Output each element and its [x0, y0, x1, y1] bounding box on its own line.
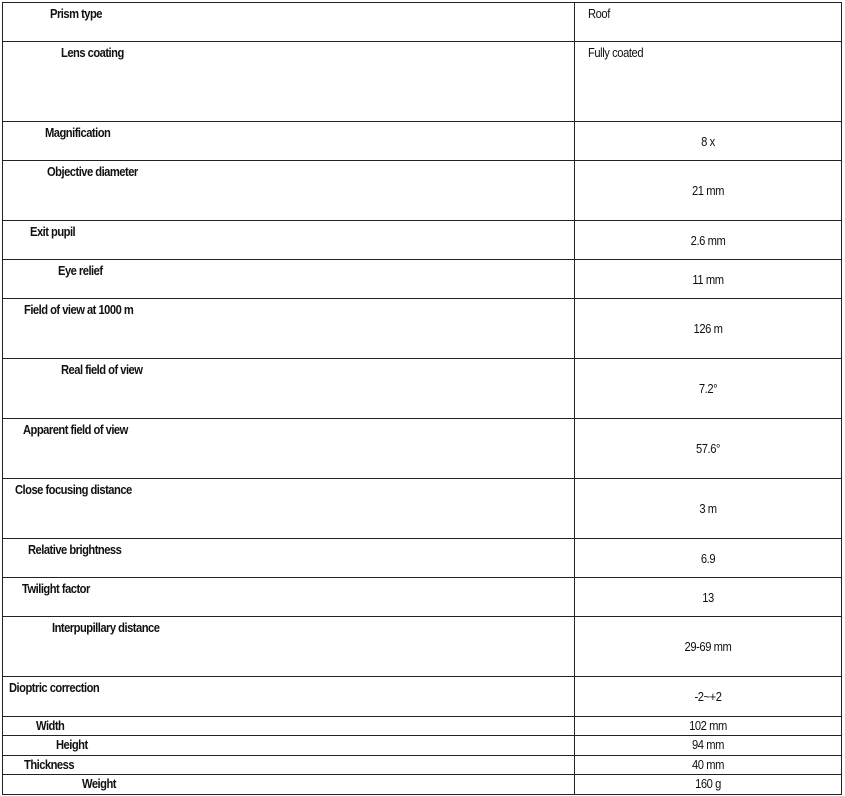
table-row: Lens coatingFully coated	[3, 42, 842, 122]
table-row: Prism typeRoof	[3, 3, 842, 42]
table-row: Exit pupil2.6 mm	[3, 221, 842, 260]
spec-label-cell: Thickness	[3, 756, 575, 775]
spec-value-cell: 8 x	[575, 122, 842, 161]
spec-label: Interpupillary distance	[52, 620, 159, 635]
spec-value-cell: 21 mm	[575, 161, 842, 221]
spec-label: Exit pupil	[30, 224, 75, 239]
table-row: Relative brightness6.9	[3, 539, 842, 578]
spec-label: Close focusing distance	[15, 482, 132, 497]
spec-label: Eye relief	[58, 263, 103, 278]
table-row: Dioptric correction-2~+2	[3, 677, 842, 717]
table-row: Twilight factor13	[3, 578, 842, 617]
spec-value: 3 m	[594, 501, 823, 516]
spec-value: Roof	[588, 6, 610, 21]
spec-value-cell: 160 g	[575, 775, 842, 795]
spec-value: 29-69 mm	[594, 639, 823, 654]
spec-label: Weight	[82, 776, 116, 791]
spec-value: 57.6°	[594, 441, 823, 456]
spec-value-cell: 40 mm	[575, 756, 842, 775]
spec-label-cell: Magnification	[3, 122, 575, 161]
spec-value: 6.9	[594, 551, 823, 566]
table-row: Weight160 g	[3, 775, 842, 795]
spec-value: 126 m	[594, 321, 823, 336]
spec-label-cell: Objective diameter	[3, 161, 575, 221]
spec-value-cell: 102 mm	[575, 717, 842, 736]
spec-value-cell: Roof	[575, 3, 842, 42]
spec-label: Width	[36, 718, 64, 733]
spec-label: Real field of view	[61, 362, 142, 377]
spec-value: 160 g	[594, 776, 823, 791]
table-row: Interpupillary distance29-69 mm	[3, 617, 842, 677]
spec-label-cell: Exit pupil	[3, 221, 575, 260]
spec-label-cell: Apparent field of view	[3, 419, 575, 479]
spec-value: 94 mm	[594, 737, 823, 752]
spec-value-cell: 3 m	[575, 479, 842, 539]
table-row: Apparent field of view57.6°	[3, 419, 842, 479]
spec-value: 2.6 mm	[594, 233, 823, 248]
spec-value-cell: 11 mm	[575, 260, 842, 299]
spec-label: Magnification	[45, 125, 110, 140]
table-row: Thickness40 mm	[3, 756, 842, 775]
spec-label: Prism type	[50, 6, 102, 21]
spec-label-cell: Weight	[3, 775, 575, 795]
spec-label: Lens coating	[61, 45, 124, 60]
spec-label: Thickness	[24, 757, 74, 772]
spec-label-cell: Real field of view	[3, 359, 575, 419]
spec-label-cell: Height	[3, 736, 575, 756]
table-row: Close focusing distance3 m	[3, 479, 842, 539]
spec-value: 7.2°	[594, 381, 823, 396]
spec-label: Twilight factor	[22, 581, 90, 596]
table-row: Width102 mm	[3, 717, 842, 736]
table-row: Real field of view7.2°	[3, 359, 842, 419]
spec-label: Apparent field of view	[23, 422, 128, 437]
spec-value: 21 mm	[594, 183, 823, 198]
spec-value: -2~+2	[594, 689, 823, 704]
spec-value-cell: 57.6°	[575, 419, 842, 479]
spec-label-cell: Lens coating	[3, 42, 575, 122]
spec-label: Relative brightness	[28, 542, 121, 557]
spec-value-cell: 7.2°	[575, 359, 842, 419]
table-row: Magnification8 x	[3, 122, 842, 161]
spec-label: Objective diameter	[47, 164, 138, 179]
spec-value-cell: 13	[575, 578, 842, 617]
spec-label-cell: Field of view at 1000 m	[3, 299, 575, 359]
spec-label-cell: Eye relief	[3, 260, 575, 299]
table-row: Height94 mm	[3, 736, 842, 756]
spec-value: Fully coated	[588, 45, 643, 60]
spec-label-cell: Relative brightness	[3, 539, 575, 578]
spec-label: Height	[56, 737, 88, 752]
spec-label-cell: Dioptric correction	[3, 677, 575, 717]
spec-value: 13	[594, 590, 823, 605]
spec-value: 11 mm	[594, 272, 823, 287]
spec-value: 102 mm	[594, 718, 823, 733]
spec-value-cell: -2~+2	[575, 677, 842, 717]
spec-table: Prism typeRoofLens coatingFully coatedMa…	[2, 2, 842, 795]
spec-value-cell: 29-69 mm	[575, 617, 842, 677]
spec-label-cell: Interpupillary distance	[3, 617, 575, 677]
spec-value-cell: 2.6 mm	[575, 221, 842, 260]
spec-value: 8 x	[594, 134, 823, 149]
spec-label-cell: Width	[3, 717, 575, 736]
spec-value-cell: 94 mm	[575, 736, 842, 756]
spec-label: Field of view at 1000 m	[24, 302, 133, 317]
table-row: Objective diameter21 mm	[3, 161, 842, 221]
spec-value: 40 mm	[594, 757, 823, 772]
spec-label-cell: Close focusing distance	[3, 479, 575, 539]
table-row: Eye relief11 mm	[3, 260, 842, 299]
spec-value-cell: 126 m	[575, 299, 842, 359]
spec-value-cell: Fully coated	[575, 42, 842, 122]
spec-label-cell: Prism type	[3, 3, 575, 42]
spec-label-cell: Twilight factor	[3, 578, 575, 617]
spec-label: Dioptric correction	[9, 680, 99, 695]
table-row: Field of view at 1000 m126 m	[3, 299, 842, 359]
spec-value-cell: 6.9	[575, 539, 842, 578]
